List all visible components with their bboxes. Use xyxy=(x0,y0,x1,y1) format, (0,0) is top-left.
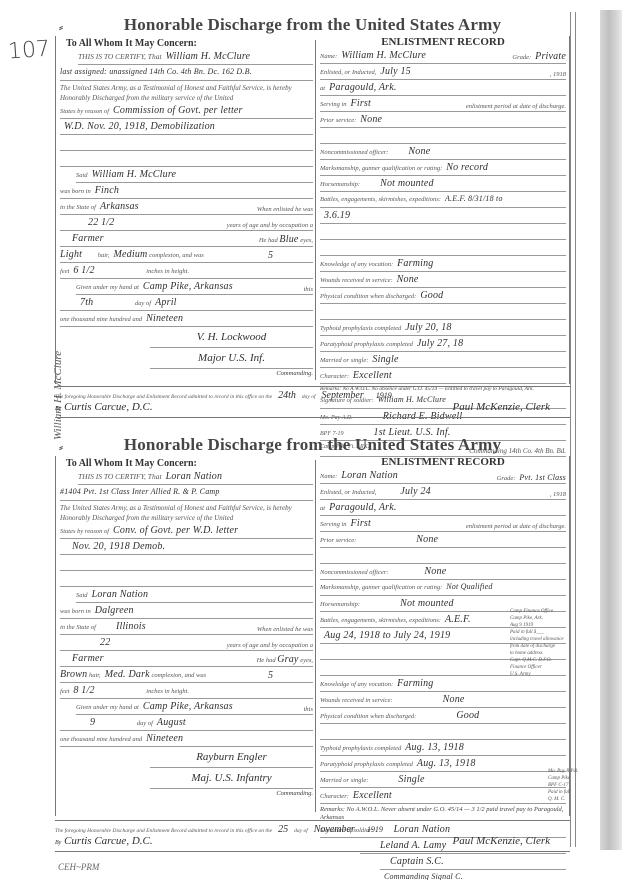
commander-signature: Rayburn Engler xyxy=(150,751,313,768)
certificate-title: ⸗ Honorable Discharge from the United St… xyxy=(55,14,570,36)
enlistment-record-heading: ENLISTMENT RECORD xyxy=(320,456,566,468)
blank-line xyxy=(320,130,566,144)
state-line: in the State ofArkansasWhen enlisted he … xyxy=(60,201,313,215)
recording-footer: The foregoing Honorable Discharge and En… xyxy=(55,820,570,852)
born-line: was born inDalgreen xyxy=(60,605,313,619)
year-line: one thousand nine hundred andNineteen xyxy=(60,733,313,747)
enlisted-line: Enlisted, or Inducted,July 24, 1918 xyxy=(320,486,566,500)
enlisted-line: Enlisted, or Inducted,July 15, 1918 xyxy=(320,66,566,80)
battles-line: Battles, engagements, skirmishes, expedi… xyxy=(320,194,566,208)
reason-line: States by reason ofConv. of Govt. per W.… xyxy=(60,525,313,539)
blank-line xyxy=(60,153,313,167)
blank-line xyxy=(320,726,566,740)
prior-service-line: Prior service:None xyxy=(320,534,566,548)
nco-line: Noncommissioned officer:None xyxy=(320,566,566,580)
born-line: was born inFinch xyxy=(60,185,313,199)
reason-line-2: W.D. Nov. 20, 1918, Demobilization xyxy=(60,121,313,135)
paragraph-mark-icon: ⸗ xyxy=(59,436,63,458)
soldier-name: Loran Nation xyxy=(166,471,223,482)
salutation: To All Whom It May Concern: xyxy=(66,38,313,49)
recording-signatures: By Curtis Carcue, D.C. Paul McKenzie, Cl… xyxy=(55,835,570,852)
said-line: SaidWilliam H. McClure xyxy=(76,169,313,183)
occupation-line: FarmerHe had Gray eyes, xyxy=(60,653,313,667)
page-border-line xyxy=(570,12,576,847)
reason-line-2: Nov. 20, 1918 Demob. xyxy=(60,541,313,555)
serving-line: Serving inFirstenlistment period at date… xyxy=(320,518,566,532)
officer-title-line: Captain S.C. xyxy=(380,856,566,870)
recording-footer: The foregoing Honorable Discharge and En… xyxy=(55,386,570,418)
commander-signature: V. H. Lockwood xyxy=(150,331,313,348)
paratyphoid-line: Paratyphoid prophylaxis completedJuly 27… xyxy=(320,338,566,352)
said-line: SaidLoran Nation xyxy=(76,589,313,603)
recording-text: The foregoing Honorable Discharge and En… xyxy=(55,390,570,401)
knowledge-line: Knowledge of any vocation:Farming xyxy=(320,258,566,272)
age-line: 22 1/2years of age and by occupation a xyxy=(60,217,313,231)
hair-line: Brown hair,Med. Dark complexion, and was… xyxy=(60,669,313,683)
prior-service-line: Prior service:None xyxy=(320,114,566,128)
year-line: one thousand nine hundred andNineteen xyxy=(60,313,313,327)
column-divider xyxy=(315,460,316,812)
serving-line: Serving inFirstenlistment period at date… xyxy=(320,98,566,112)
discharge-certificate-1: ⸗ Honorable Discharge from the United St… xyxy=(55,14,570,422)
discharge-certificate-2: ⸗ Honorable Discharge from the United St… xyxy=(55,434,570,852)
certificate-frame: To All Whom It May Concern: THIS IS TO C… xyxy=(55,456,570,816)
unit-line: last assigned: unassigned 14th Co. 4th B… xyxy=(60,67,313,81)
married-line: Married or single:Single xyxy=(320,354,566,368)
character-line: Character:Excellent xyxy=(320,370,566,384)
pay-margin-notes: Mo. Pay R.P.R. Camp Pike BPF C-17 Paid i… xyxy=(548,768,578,803)
marksmanship-line: Marksmanship, gunner qualification or ra… xyxy=(320,582,566,596)
enlisted-at-line: atParagould, Ark. xyxy=(320,502,566,516)
discharge-column: To All Whom It May Concern: THIS IS TO C… xyxy=(60,36,313,377)
reason-line: States by reason ofCommission of Govt. p… xyxy=(60,105,313,119)
finance-margin-notes: Camp Finance Office Camp Pike, Ark. Aug … xyxy=(510,608,564,678)
marksmanship-line: Marksmanship, gunner qualification or ra… xyxy=(320,162,566,176)
certify-line: THIS IS TO CERTIFY, ThatLoran Nation xyxy=(78,471,313,485)
blank-line xyxy=(320,242,566,256)
enlisted-at-line: atParagould, Ark. xyxy=(320,82,566,96)
occupation-line: FarmerHe had Blue eyes, xyxy=(60,233,313,247)
page-edge-shadow xyxy=(600,10,622,850)
archive-caption: CEH~PRM xyxy=(58,862,99,872)
horsemanship-line: Horsemanship:Not mounted xyxy=(320,178,566,192)
state-line: in the State ofIllinoisWhen enlisted he … xyxy=(60,621,313,635)
wounds-line: Wounds received in service:None xyxy=(320,694,566,708)
name-line: Name:William H. McClureGrade:Private xyxy=(320,50,566,64)
service-text: The United States Army, as a Testimonial… xyxy=(60,83,313,103)
blank-line xyxy=(60,573,313,587)
commanding-line: Commanding Signal C. xyxy=(380,872,566,880)
blank-line xyxy=(320,306,566,320)
day-line: 7th day ofApril xyxy=(60,297,313,311)
height-line: feet8 1/2 inches in height. xyxy=(60,685,313,699)
commander-title: Major U.S. Inf. xyxy=(150,352,313,369)
recording-signatures: By Curtis Carcue, D.C. Paul McKenzie, Cl… xyxy=(55,401,570,418)
married-line: Married or single:Single xyxy=(320,774,566,788)
physical-line: Physical condition when discharged:Good xyxy=(320,710,566,724)
height-line: feet6 1/2 inches in height. xyxy=(60,265,313,279)
certificate-title: ⸗ Honorable Discharge from the United St… xyxy=(55,434,570,456)
knowledge-line: Knowledge of any vocation:Farming xyxy=(320,678,566,692)
service-text: The United States Army, as a Testimonial… xyxy=(60,503,313,523)
given-line: Given under my hand atCamp Pike, Arkansa… xyxy=(76,281,313,295)
typhoid-line: Typhoid prophylaxis completedAug. 13, 19… xyxy=(320,742,566,756)
name-line: Name:Loran NationGrade:Pvt. 1st Class xyxy=(320,470,566,484)
physical-line: Physical condition when discharged:Good xyxy=(320,290,566,304)
day-line: 9 day ofAugust xyxy=(60,717,313,731)
character-line: Character:Excellent xyxy=(320,790,566,804)
soldier-name: William H. McClure xyxy=(166,51,251,62)
certify-line: THIS IS TO CERTIFY, ThatWilliam H. McClu… xyxy=(78,51,313,65)
salutation: To All Whom It May Concern: xyxy=(66,458,313,469)
battles-line-2: 3.6.19 xyxy=(320,210,566,224)
paragraph-mark-icon: ⸗ xyxy=(59,16,63,38)
enlistment-record-heading: ENLISTMENT RECORD xyxy=(320,36,566,48)
nco-line: Noncommissioned officer:None xyxy=(320,146,566,160)
paratyphoid-line: Paratyphoid prophylaxis completedAug. 13… xyxy=(320,758,566,772)
certificate-frame: To All Whom It May Concern: THIS IS TO C… xyxy=(55,36,570,384)
blank-line xyxy=(60,137,313,151)
recording-text: The foregoing Honorable Discharge and En… xyxy=(55,824,570,835)
page-number-annotation: 107 xyxy=(7,37,51,65)
commander-title: Maj. U.S. Infantry xyxy=(150,772,313,789)
blank-line xyxy=(320,550,566,564)
blank-line xyxy=(320,226,566,240)
discharge-column: To All Whom It May Concern: THIS IS TO C… xyxy=(60,456,313,797)
typhoid-line: Typhoid prophylaxis completedJuly 20, 18 xyxy=(320,322,566,336)
column-divider xyxy=(315,40,316,380)
age-line: 22years of age and by occupation a xyxy=(60,637,313,651)
blank-line xyxy=(60,557,313,571)
given-line: Given under my hand atCamp Pike, Arkansa… xyxy=(76,701,313,715)
unit-line: #1404 Pvt. 1st Class Inter Allied R. & P… xyxy=(60,487,313,501)
wounds-line: Wounds received in service:None xyxy=(320,274,566,288)
hair-line: Light hair,Medium complexion, and was5 xyxy=(60,249,313,263)
